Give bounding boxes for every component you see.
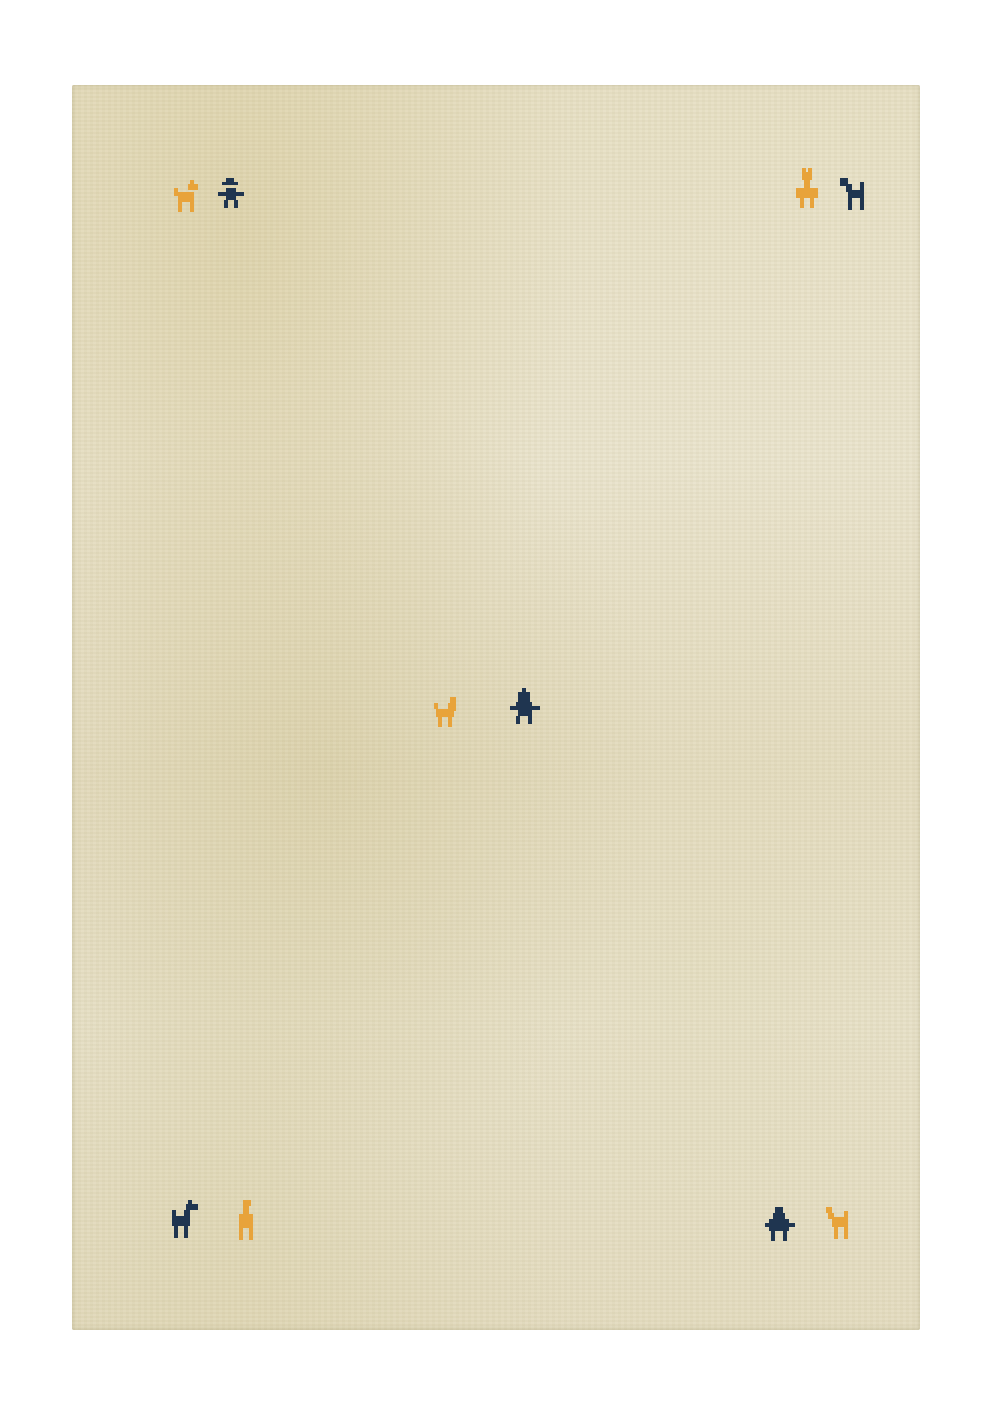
bird-motif-icon bbox=[792, 166, 822, 214]
bird-motif-icon bbox=[233, 1198, 259, 1246]
animal-motif-icon bbox=[168, 1198, 202, 1242]
figure-motif-icon bbox=[508, 686, 542, 728]
animal-motif-icon bbox=[838, 176, 868, 216]
animal-motif-icon bbox=[170, 178, 206, 218]
animal-motif-icon bbox=[822, 1205, 852, 1245]
rug bbox=[72, 85, 920, 1330]
figure-motif-icon bbox=[216, 176, 246, 216]
animal-motif-icon bbox=[432, 695, 462, 731]
figure-motif-icon bbox=[763, 1205, 797, 1247]
